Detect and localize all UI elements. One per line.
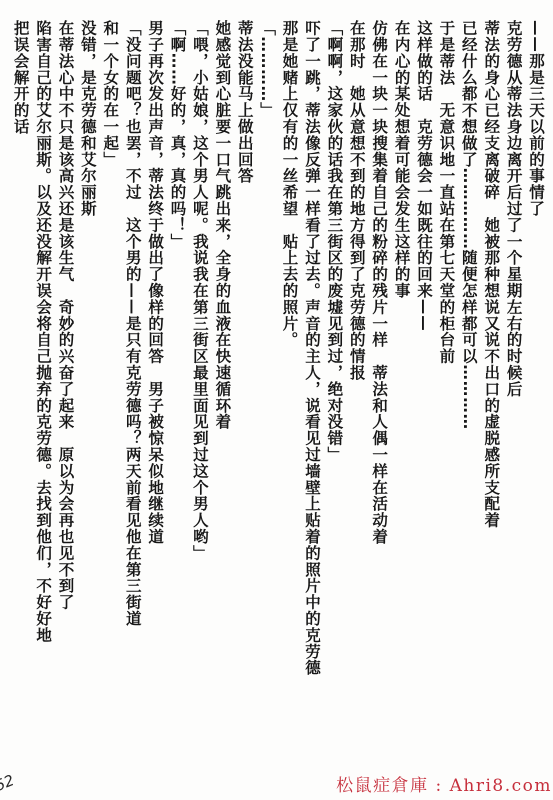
text-column: 那是她赌上仅有的一丝希望 贴上去的照片。 (278, 20, 300, 720)
text-column: ——那是三天以前的事情了 (525, 20, 547, 720)
text-column: 蒂法的身心已经支离破碎 她被那种想说又说不出口的虚脱感所支配着 (480, 20, 502, 720)
scanned-page: ——那是三天以前的事情了克劳德从蒂法身边离开后过了一个星期左右的时候后蒂法的身心… (0, 0, 553, 800)
watermark: 松鼠症倉庫 : Ahri8.com (336, 771, 552, 796)
text-column: 在内心的某处想着可能会发生这样的事 (390, 20, 412, 720)
text-column: 把误会解开的话 (9, 20, 31, 720)
text-column: 没错，是克劳德和艾尔丽斯 (76, 20, 98, 720)
text-column: 蒂法没能马上做出回答 (233, 20, 255, 720)
text-column: 仿佛在一块一块搜集着自己的粉碎的残片一样 蒂法和人偶一样在活动着 (368, 20, 390, 720)
text-column: 在蒂法心中不只是该高兴还是该生气 奇妙的兴奋了起来 原以为会再也见不到了 (54, 20, 76, 720)
text-column: 「啊啊，这家伙的话我在第三街区的废墟见到过，绝对没错」 (323, 20, 345, 720)
text-column: 她感觉到心脏要一口气跳出来，全身的血液在快速循环着 (211, 20, 233, 720)
text-column: 在那时 她从意想不到的地方得到了克劳德的情报 (345, 20, 367, 720)
text-column: 陷害自己的艾尔丽斯。以及还没解开误会将自己抛弃的克劳德。去找到他们，不好好地 (32, 20, 54, 720)
handwritten-page-number: 52 (0, 771, 17, 795)
vertical-text-block: ——那是三天以前的事情了克劳德从蒂法身边离开后过了一个星期左右的时候后蒂法的身心… (9, 20, 547, 720)
text-column: 「啊……好的，真，真的吗！」 (166, 20, 188, 720)
text-column: 「…………」 (256, 20, 278, 720)
text-column: 和一个女的在一起」 (99, 20, 121, 720)
text-column: 吓了一跳，蒂法像反弹一样看了过去。声音的主人，说看见过墙壁上贴着的照片中的克劳德 (301, 20, 323, 720)
text-column: 已经什么都不想做了……………随便怎样都可以………… (457, 20, 479, 720)
text-column: 这样做的话 克劳德会一如既往的回来—— (413, 20, 435, 720)
text-column: 克劳德从蒂法身边离开后过了一个星期左右的时候后 (502, 20, 524, 720)
text-column: 于是蒂法 无意识地一直站在第七天堂的柜台前 (435, 20, 457, 720)
text-column: 「没问题吧？也罢，不过 这个男的——是只有克劳德吗？两天前看见他在第三街道 (121, 20, 143, 720)
text-column: 「喂，小姑娘，这个男人呢。我说我在第三街区最里面见到过这个男人哟」 (189, 20, 211, 720)
text-column: 男子再次发出声音，蒂法终于做出了像样的回答 男子被惊呆似地继续道 (144, 20, 166, 720)
